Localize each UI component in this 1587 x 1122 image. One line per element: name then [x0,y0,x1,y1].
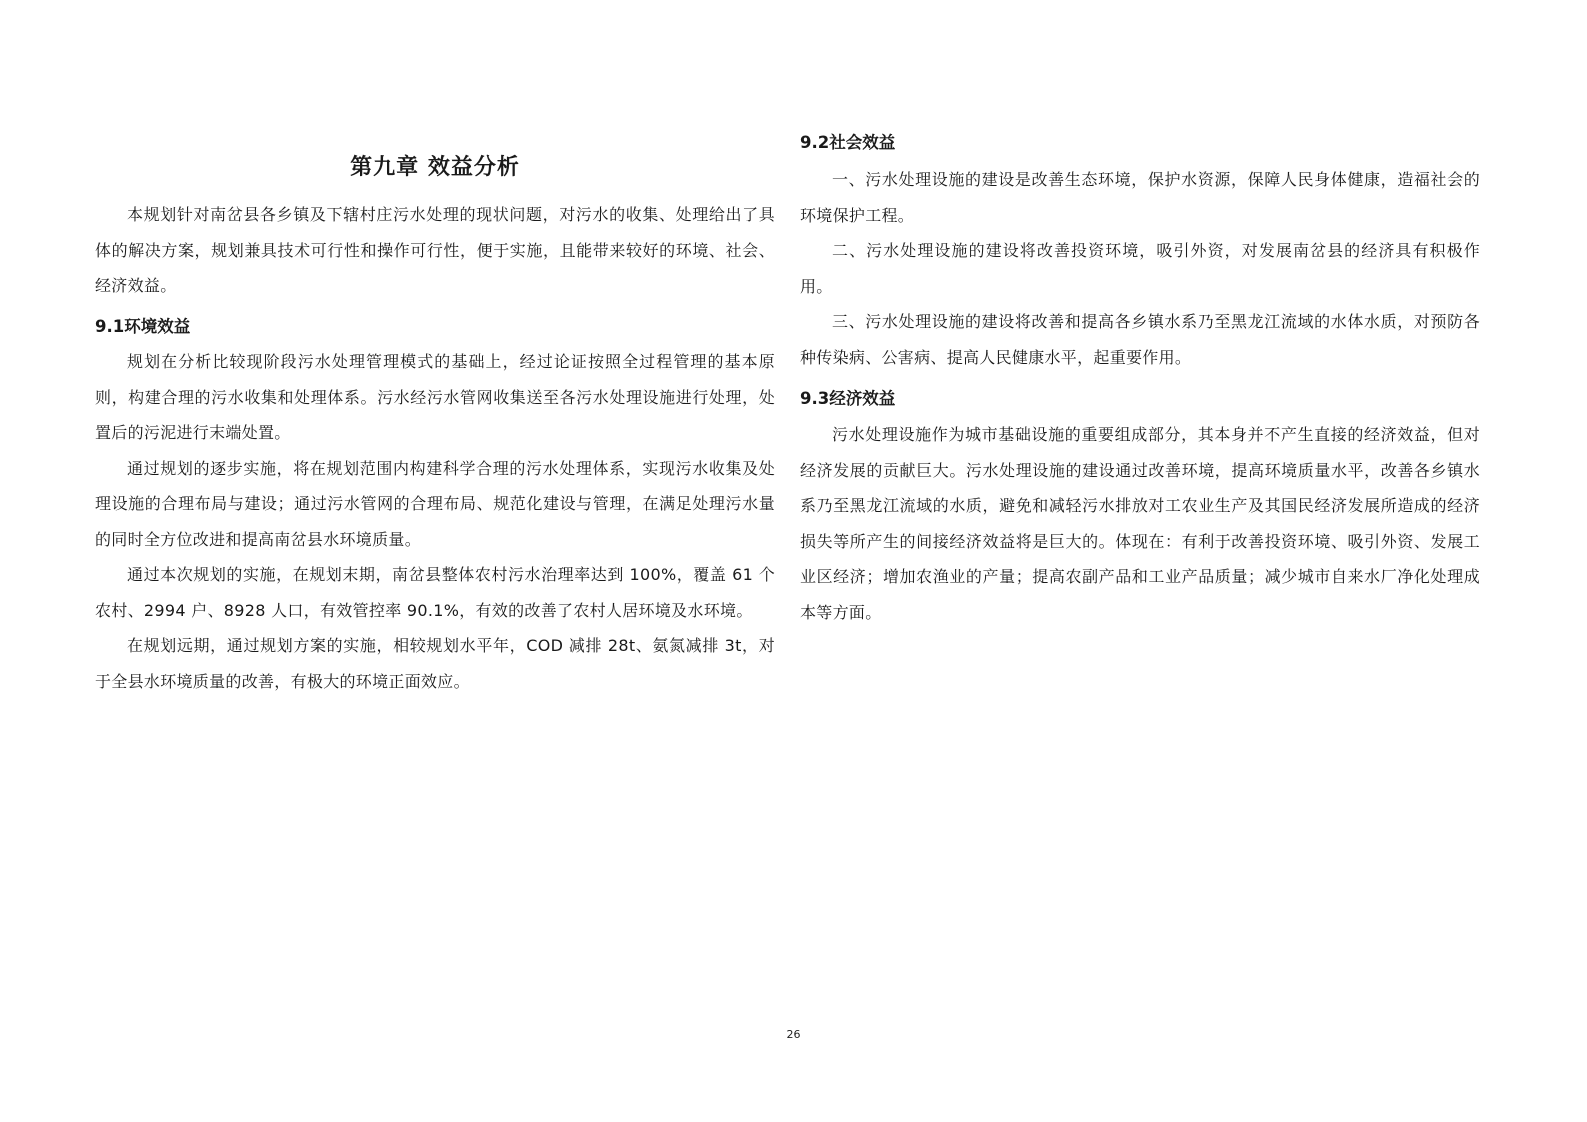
section-heading-9-2: 9.2社会效益 [800,128,1480,158]
section-9-1: 9.1环境效益 [95,312,775,342]
section-9-3-body: 污水处理设施作为城市基础设施的重要组成部分，其本身并不产生直接的经济效益，但对经… [800,417,1480,630]
intro-paragraph: 本规划针对南岔县各乡镇及下辖村庄污水处理的现状问题，对污水的收集、处理给出了具体… [95,197,775,304]
paragraph: 污水处理设施作为城市基础设施的重要组成部分，其本身并不产生直接的经济效益，但对经… [800,417,1480,630]
paragraph: 通过本次规划的实施，在规划末期，南岔县整体农村污水治理率达到 100%，覆盖 6… [95,557,775,628]
chapter-title: 第九章 效益分析 [95,150,775,181]
section-heading-9-1: 9.1环境效益 [95,312,775,342]
paragraph: 通过规划的逐步实施，将在规划范围内构建科学合理的污水处理体系，实现污水收集及处理… [95,451,775,558]
section-9-1-body: 规划在分析比较现阶段污水处理管理模式的基础上，经过论证按照全过程管理的基本原则，… [95,344,775,699]
paragraph: 在规划远期，通过规划方案的实施，相较规划水平年，COD 减排 28t、氨氮减排 … [95,628,775,699]
section-9-2: 9.2社会效益 [800,128,1480,158]
section-heading-9-3: 9.3经济效益 [800,384,1480,414]
paragraph: 三、污水处理设施的建设将改善和提高各乡镇水系乃至黑龙江流域的水体水质，对预防各种… [800,304,1480,375]
section-9-2-body: 一、污水处理设施的建设是改善生态环境，保护水资源，保障人民身体健康，造福社会的环… [800,162,1480,375]
paragraph: 规划在分析比较现阶段污水处理管理模式的基础上，经过论证按照全过程管理的基本原则，… [95,344,775,451]
section-9-3: 9.3经济效益 [800,384,1480,414]
chapter-intro-block: 本规划针对南岔县各乡镇及下辖村庄污水处理的现状问题，对污水的收集、处理给出了具体… [95,197,775,304]
paragraph: 二、污水处理设施的建设将改善投资环境，吸引外资，对发展南岔县的经济具有积极作用。 [800,233,1480,304]
page-number: 26 [0,1028,1587,1041]
paragraph: 一、污水处理设施的建设是改善生态环境，保护水资源，保障人民身体健康，造福社会的环… [800,162,1480,233]
